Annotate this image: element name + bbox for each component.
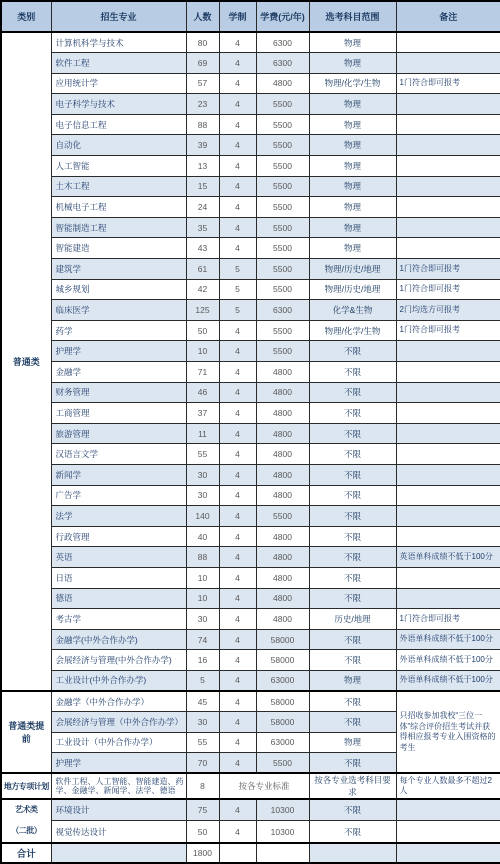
years-cell: 4 <box>219 526 256 547</box>
fee-cell: 5500 <box>256 320 309 341</box>
subjects-cell: 化学&生物 <box>309 300 396 321</box>
count-cell: 40 <box>186 526 219 547</box>
header-years: 学制 <box>219 1 256 32</box>
subjects-cell: 不限 <box>309 753 396 774</box>
count-cell: 61 <box>186 259 219 280</box>
note-cell <box>396 362 500 383</box>
fee-cell: 58000 <box>256 650 309 671</box>
subjects-cell: 不限 <box>309 712 396 733</box>
note-cell: 外语单科成绩不低于100分 <box>396 650 500 671</box>
count-cell: 50 <box>186 821 219 843</box>
table-header: 类别 招生专业 人数 学制 学费(元/年) 选考科目范围 备注 <box>1 1 500 32</box>
count-cell: 13 <box>186 156 219 177</box>
table-row: 人工智能1345500物理 <box>1 156 500 177</box>
table-row: 汉语言文学5544800不限 <box>1 444 500 465</box>
major-cell: 金融学(中外合作办学) <box>51 629 186 650</box>
count-cell: 140 <box>186 506 219 527</box>
major-cell: 建筑学 <box>51 259 186 280</box>
table-row: 行政管理4044800不限 <box>1 526 500 547</box>
years-cell: 4 <box>219 156 256 177</box>
fee-cell: 5500 <box>256 176 309 197</box>
major-cell: 工业设计(中外合作办学) <box>51 670 186 691</box>
table-row: 英语8844800不限英语单科成绩不低于100分 <box>1 547 500 568</box>
category-cell: 地方专项计划 <box>1 773 51 799</box>
count-cell: 8 <box>186 773 219 799</box>
fee-cell: 4800 <box>256 444 309 465</box>
major-cell: 软件工程 <box>51 53 186 74</box>
fee-cell: 4800 <box>256 403 309 424</box>
fee-cell: 58000 <box>256 691 309 712</box>
fee-cell: 5500 <box>256 197 309 218</box>
fee-cell: 4800 <box>256 464 309 485</box>
table-body: 普通类计算机科学与技术8046300物理软件工程6946300物理应用统计学57… <box>1 32 500 863</box>
total-empty-cell <box>396 843 500 864</box>
major-cell: 考古学 <box>51 609 186 630</box>
table-row: 电子科学与技术2345500物理 <box>1 94 500 115</box>
subjects-cell: 不限 <box>309 485 396 506</box>
years-cell: 4 <box>219 691 256 712</box>
note-cell: 外语单科成绩不低于100分 <box>396 670 500 691</box>
count-cell: 70 <box>186 753 219 774</box>
fee-cell: 5500 <box>256 341 309 362</box>
table-row: 应用统计学5744800物理/化学/生物1门符合即可报考 <box>1 73 500 94</box>
table-row: 德语1044800不限 <box>1 588 500 609</box>
note-cell <box>396 135 500 156</box>
table-row: 地方专项计划软件工程、人工智能、智能建造、药学、金融学、新闻学、法学、德语8按各… <box>1 773 500 799</box>
count-cell: 24 <box>186 197 219 218</box>
table-row: 金融学7144800不限 <box>1 362 500 383</box>
note-cell <box>396 94 500 115</box>
table-row: 日语1044800不限 <box>1 567 500 588</box>
count-cell: 75 <box>186 799 219 821</box>
subjects-cell: 物理 <box>309 238 396 259</box>
fee-cell: 5500 <box>256 135 309 156</box>
total-label-cell: 合计 <box>1 843 51 864</box>
count-cell: 30 <box>186 464 219 485</box>
note-cell <box>396 114 500 135</box>
header-fee: 学费(元/年) <box>256 1 309 32</box>
fee-cell: 58000 <box>256 712 309 733</box>
count-cell: 57 <box>186 73 219 94</box>
years-cell: 4 <box>219 382 256 403</box>
subjects-cell: 物理/历史/地理 <box>309 259 396 280</box>
fee-cell: 4800 <box>256 485 309 506</box>
count-cell: 46 <box>186 382 219 403</box>
subjects-cell: 物理 <box>309 176 396 197</box>
total-empty-cell <box>309 843 396 864</box>
major-cell: 视觉传达设计 <box>51 821 186 843</box>
major-cell: 德语 <box>51 588 186 609</box>
years-cell: 4 <box>219 135 256 156</box>
major-cell: 机械电子工程 <box>51 197 186 218</box>
major-cell: 财务管理 <box>51 382 186 403</box>
note-cell <box>396 506 500 527</box>
subjects-cell: 不限 <box>309 444 396 465</box>
fee-cell: 4800 <box>256 547 309 568</box>
table-row: 普通类计算机科学与技术8046300物理 <box>1 32 500 53</box>
table-row: 考古学3044800历史/地理1门符合即可报考 <box>1 609 500 630</box>
fee-cell: 58000 <box>256 629 309 650</box>
subjects-cell: 按各专业选考科目要求 <box>309 773 396 799</box>
table-row: 临床医学12556300化学&生物2门均选方可报考 <box>1 300 500 321</box>
admission-plan-table: 类别 招生专业 人数 学制 学费(元/年) 选考科目范围 备注 普通类计算机科学… <box>0 0 500 864</box>
note-cell: 每个专业人数最多不超过2人 <box>396 773 500 799</box>
subjects-cell: 不限 <box>309 423 396 444</box>
subjects-cell: 不限 <box>309 464 396 485</box>
table-row: 财务管理4644800不限 <box>1 382 500 403</box>
fee-cell: 6300 <box>256 53 309 74</box>
subjects-cell: 物理 <box>309 670 396 691</box>
count-cell: 125 <box>186 300 219 321</box>
subjects-cell: 不限 <box>309 547 396 568</box>
fee-cell: 6300 <box>256 300 309 321</box>
count-cell: 80 <box>186 32 219 53</box>
years-cell: 4 <box>219 114 256 135</box>
subjects-cell: 不限 <box>309 403 396 424</box>
count-cell: 45 <box>186 691 219 712</box>
subjects-cell: 不限 <box>309 506 396 527</box>
years-cell: 4 <box>219 670 256 691</box>
header-category: 类别 <box>1 1 51 32</box>
note-cell <box>396 32 500 53</box>
years-cell: 4 <box>219 609 256 630</box>
subjects-cell: 不限 <box>309 588 396 609</box>
subjects-cell: 不限 <box>309 526 396 547</box>
subjects-cell: 物理 <box>309 197 396 218</box>
years-cell: 4 <box>219 567 256 588</box>
years-cell: 4 <box>219 176 256 197</box>
table-row: 旅游管理1144800不限 <box>1 423 500 444</box>
subjects-cell: 不限 <box>309 382 396 403</box>
table-row: 工业设计(中外合作办学)5463000物理外语单科成绩不低于100分 <box>1 670 500 691</box>
years-cell: 4 <box>219 506 256 527</box>
note-cell <box>396 423 500 444</box>
years-cell: 4 <box>219 821 256 843</box>
header-major: 招生专业 <box>51 1 186 32</box>
major-cell: 人工智能 <box>51 156 186 177</box>
subjects-cell: 不限 <box>309 650 396 671</box>
years-cell: 5 <box>219 259 256 280</box>
major-cell: 环境设计 <box>51 799 186 821</box>
note-cell: 1门符合即可报考 <box>396 320 500 341</box>
years-cell: 4 <box>219 464 256 485</box>
note-cell <box>396 238 500 259</box>
fee-cell: 5500 <box>256 279 309 300</box>
major-cell: 日语 <box>51 567 186 588</box>
years-cell: 4 <box>219 341 256 362</box>
fee-cell: 10300 <box>256 821 309 843</box>
table-row: 广告学3044800不限 <box>1 485 500 506</box>
count-cell: 88 <box>186 547 219 568</box>
fee-cell: 5500 <box>256 114 309 135</box>
major-cell: 英语 <box>51 547 186 568</box>
count-cell: 10 <box>186 341 219 362</box>
subjects-cell: 不限 <box>309 567 396 588</box>
note-cell: 1门符合即可报考 <box>396 609 500 630</box>
years-cell: 4 <box>219 197 256 218</box>
years-cell: 4 <box>219 485 256 506</box>
major-cell: 广告学 <box>51 485 186 506</box>
count-cell: 10 <box>186 588 219 609</box>
fee-cell: 5500 <box>256 217 309 238</box>
count-cell: 55 <box>186 732 219 753</box>
count-cell: 55 <box>186 444 219 465</box>
major-cell: 智能建造 <box>51 238 186 259</box>
note-cell: 英语单科成绩不低于100分 <box>396 547 500 568</box>
table-row: 自动化3945500物理 <box>1 135 500 156</box>
category-cell: 普通类提前 <box>1 691 51 773</box>
total-count-cell: 1800 <box>186 843 219 864</box>
note-cell <box>396 444 500 465</box>
subjects-cell: 物理 <box>309 135 396 156</box>
subjects-cell: 不限 <box>309 691 396 712</box>
subjects-cell: 不限 <box>309 362 396 383</box>
count-cell: 71 <box>186 362 219 383</box>
total-row: 合计1800 <box>1 843 500 864</box>
fee-cell: 5500 <box>256 506 309 527</box>
major-cell: 法学 <box>51 506 186 527</box>
major-cell: 电子科学与技术 <box>51 94 186 115</box>
count-cell: 15 <box>186 176 219 197</box>
count-cell: 30 <box>186 712 219 733</box>
years-cell: 4 <box>219 423 256 444</box>
years-cell: 4 <box>219 217 256 238</box>
count-cell: 11 <box>186 423 219 444</box>
category-line: 艺术类 <box>2 800 51 821</box>
years-cell: 4 <box>219 73 256 94</box>
years-cell: 4 <box>219 444 256 465</box>
count-cell: 23 <box>186 94 219 115</box>
fee-cell: 4800 <box>256 382 309 403</box>
table-row: 金融学(中外合作办学)74458000不限外语单科成绩不低于100分 <box>1 629 500 650</box>
years-cell: 4 <box>219 753 256 774</box>
fee-cell: 4800 <box>256 588 309 609</box>
years-cell: 4 <box>219 799 256 821</box>
major-cell: 金融学 <box>51 362 186 383</box>
subjects-cell: 物理 <box>309 156 396 177</box>
note-cell <box>396 197 500 218</box>
table-row: 艺术类（二批）环境设计75410300不限 <box>1 799 500 821</box>
note-cell <box>396 464 500 485</box>
note-cell <box>396 382 500 403</box>
major-cell: 自动化 <box>51 135 186 156</box>
major-cell: 软件工程、人工智能、智能建造、药学、金融学、新闻学、法学、德语 <box>51 773 186 799</box>
table-row: 新闻学3044800不限 <box>1 464 500 485</box>
subjects-cell: 物理 <box>309 32 396 53</box>
years-cell: 5 <box>219 300 256 321</box>
header-note: 备注 <box>396 1 500 32</box>
years-cell: 4 <box>219 650 256 671</box>
note-cell <box>396 821 500 843</box>
subjects-cell: 不限 <box>309 799 396 821</box>
table-row: 智能制造工程3545500物理 <box>1 217 500 238</box>
fee-cell: 4800 <box>256 423 309 444</box>
subjects-cell: 物理 <box>309 217 396 238</box>
header-count: 人数 <box>186 1 219 32</box>
note-cell: 外语单科成绩不低于100分 <box>396 629 500 650</box>
fee-cell: 6300 <box>256 32 309 53</box>
years-cell: 4 <box>219 362 256 383</box>
note-cell <box>396 588 500 609</box>
subjects-cell: 物理/历史/地理 <box>309 279 396 300</box>
major-cell: 智能制造工程 <box>51 217 186 238</box>
table-row: 城乡规划4255500物理/历史/地理1门符合即可报考 <box>1 279 500 300</box>
note-cell: 2门均选方可报考 <box>396 300 500 321</box>
major-cell: 新闻学 <box>51 464 186 485</box>
major-cell: 城乡规划 <box>51 279 186 300</box>
count-cell: 16 <box>186 650 219 671</box>
years-cell: 4 <box>219 403 256 424</box>
total-empty-cell <box>51 843 186 864</box>
note-cell <box>396 403 500 424</box>
note-cell: 1门符合即可报考 <box>396 259 500 280</box>
subjects-cell: 物理/化学/生物 <box>309 320 396 341</box>
table-row: 工商管理3744800不限 <box>1 403 500 424</box>
table-row: 机械电子工程2445500物理 <box>1 197 500 218</box>
years-cell: 4 <box>219 712 256 733</box>
major-cell: 土木工程 <box>51 176 186 197</box>
years-cell: 4 <box>219 588 256 609</box>
fee-cell: 5500 <box>256 259 309 280</box>
category-cell: 艺术类（二批） <box>1 799 51 842</box>
count-cell: 50 <box>186 320 219 341</box>
major-cell: 工商管理 <box>51 403 186 424</box>
table-row: 药学5045500物理/化学/生物1门符合即可报考 <box>1 320 500 341</box>
fee-cell: 4800 <box>256 526 309 547</box>
note-cell <box>396 526 500 547</box>
years-cell: 4 <box>219 238 256 259</box>
subjects-cell: 物理/化学/生物 <box>309 73 396 94</box>
fee-cell: 63000 <box>256 732 309 753</box>
note-cell <box>396 567 500 588</box>
subjects-cell: 不限 <box>309 629 396 650</box>
fee-cell: 5500 <box>256 238 309 259</box>
subjects-cell: 物理 <box>309 114 396 135</box>
table-row: 电子信息工程8845500物理 <box>1 114 500 135</box>
fee-cell: 5500 <box>256 753 309 774</box>
major-cell: 护理学 <box>51 341 186 362</box>
fee-cell: 63000 <box>256 670 309 691</box>
count-cell: 37 <box>186 403 219 424</box>
major-cell: 行政管理 <box>51 526 186 547</box>
count-cell: 35 <box>186 217 219 238</box>
note-cell <box>396 485 500 506</box>
category-line: （二批） <box>2 821 51 842</box>
table-row: 普通类提前金融学（中外合作办学）45458000不限只招收参加我校“三位一体”综… <box>1 691 500 712</box>
table-row: 护理学1045500不限 <box>1 341 500 362</box>
years-cell: 4 <box>219 320 256 341</box>
major-cell: 电子信息工程 <box>51 114 186 135</box>
years-cell: 4 <box>219 53 256 74</box>
total-empty-cell <box>256 843 309 864</box>
count-cell: 88 <box>186 114 219 135</box>
note-cell <box>396 341 500 362</box>
years-cell: 4 <box>219 547 256 568</box>
years-cell: 5 <box>219 279 256 300</box>
major-cell: 临床医学 <box>51 300 186 321</box>
table-row: 智能建造4345500物理 <box>1 238 500 259</box>
major-cell: 计算机科学与技术 <box>51 32 186 53</box>
major-cell: 旅游管理 <box>51 423 186 444</box>
major-cell: 汉语言文学 <box>51 444 186 465</box>
note-cell <box>396 176 500 197</box>
years-cell: 4 <box>219 94 256 115</box>
major-cell: 护理学 <box>51 753 186 774</box>
count-cell: 39 <box>186 135 219 156</box>
subjects-cell: 不限 <box>309 341 396 362</box>
table-row: 视觉传达设计50410300不限 <box>1 821 500 843</box>
note-cell <box>396 799 500 821</box>
subjects-cell: 物理 <box>309 732 396 753</box>
table-row: 法学14045500不限 <box>1 506 500 527</box>
major-cell: 金融学（中外合作办学） <box>51 691 186 712</box>
count-cell: 30 <box>186 485 219 506</box>
note-cell: 1门符合即可报考 <box>396 73 500 94</box>
note-cell <box>396 156 500 177</box>
note-cell: 1门符合即可报考 <box>396 279 500 300</box>
table-row: 会展经济与管理(中外合作办学)16458000不限外语单科成绩不低于100分 <box>1 650 500 671</box>
table-row: 软件工程6946300物理 <box>1 53 500 74</box>
standard-cell: 按各专业标准 <box>219 773 309 799</box>
total-empty-cell <box>219 843 256 864</box>
count-cell: 10 <box>186 567 219 588</box>
fee-cell: 4800 <box>256 73 309 94</box>
years-cell: 4 <box>219 732 256 753</box>
category-cell: 普通类 <box>1 32 51 691</box>
subjects-cell: 物理 <box>309 94 396 115</box>
major-cell: 工业设计（中外合作办学） <box>51 732 186 753</box>
count-cell: 42 <box>186 279 219 300</box>
fee-cell: 4800 <box>256 362 309 383</box>
years-cell: 4 <box>219 629 256 650</box>
table-row: 建筑学6155500物理/历史/地理1门符合即可报考 <box>1 259 500 280</box>
count-cell: 69 <box>186 53 219 74</box>
major-cell: 会展经济与管理(中外合作办学) <box>51 650 186 671</box>
section-note-cell: 只招收参加我校“三位一体”综合评价招生考试并获得相应报考专业入围资格的考生 <box>396 691 500 773</box>
header-subjects: 选考科目范围 <box>309 1 396 32</box>
major-cell: 药学 <box>51 320 186 341</box>
header-row: 类别 招生专业 人数 学制 学费(元/年) 选考科目范围 备注 <box>1 1 500 32</box>
note-cell <box>396 53 500 74</box>
subjects-cell: 不限 <box>309 821 396 843</box>
fee-cell: 4800 <box>256 567 309 588</box>
fee-cell: 5500 <box>256 94 309 115</box>
fee-cell: 4800 <box>256 609 309 630</box>
years-cell: 4 <box>219 32 256 53</box>
subjects-cell: 历史/地理 <box>309 609 396 630</box>
subjects-cell: 物理 <box>309 53 396 74</box>
fee-cell: 10300 <box>256 799 309 821</box>
count-cell: 74 <box>186 629 219 650</box>
major-cell: 会展经济与管理（中外合作办学） <box>51 712 186 733</box>
table-row: 土木工程1545500物理 <box>1 176 500 197</box>
count-cell: 30 <box>186 609 219 630</box>
fee-cell: 5500 <box>256 156 309 177</box>
note-cell <box>396 217 500 238</box>
count-cell: 5 <box>186 670 219 691</box>
major-cell: 应用统计学 <box>51 73 186 94</box>
count-cell: 43 <box>186 238 219 259</box>
